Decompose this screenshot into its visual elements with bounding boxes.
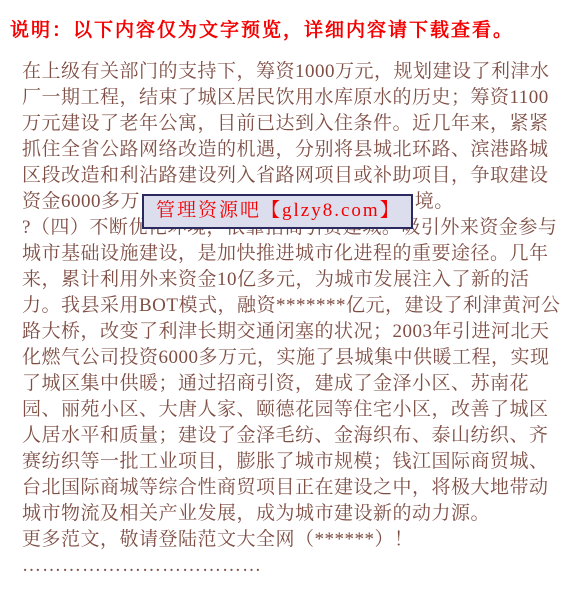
text-line-with-watermark: 资金6000多万管理资源吧【glzy8.com】境。 xyxy=(22,189,570,215)
text-line: 赛纺织等一批工业项目，膨胀了城市规模；钱江国际商贸城、 xyxy=(22,449,570,475)
text-line: 抓住全省公路网络改造的机遇，分别将县城北环路、滨港路城 xyxy=(22,137,570,163)
watermark-box[interactable]: 管理资源吧【glzy8.com】 xyxy=(142,194,413,229)
footer-note-line: 更多范文，敬请登陆范文大全网（******）！ xyxy=(22,527,570,553)
text-line: 园、丽苑小区、大唐人家、颐德花园等住宅小区，改善了城区 xyxy=(22,397,570,423)
preview-notice: 说明：以下内容仅为文字预览，详细内容请下载查看。 xyxy=(10,15,570,42)
text-line: 人居水平和质量；建设了金泽毛纺、金海织布、泰山纺织、齐 xyxy=(22,423,570,449)
text-line: 区段改造和利沾路建设列入省路网项目或补助项目，争取建设 xyxy=(22,163,570,189)
text-line: 来，累计利用外来资金10亿多元，为城市发展注入了新的活 xyxy=(22,267,570,293)
document-preview-page: 说明：以下内容仅为文字预览，详细内容请下载查看。 在上级有关部门的支持下，筹资1… xyxy=(0,15,578,579)
text-fragment-before-watermark: 资金6000多万 xyxy=(22,191,140,212)
text-line: 厂一期工程，结束了城区居民饮用水库原水的历史；筹资1100 xyxy=(22,85,570,111)
watermark-site-label: 管理资源吧【glzy8.com】 xyxy=(156,200,401,221)
text-line: 在上级有关部门的支持下，筹资1000万元，规划建设了利津水 xyxy=(22,59,570,85)
text-line: 城市物流及相关产业发展，成为城市建设新的动力源。 xyxy=(22,501,570,527)
text-line: 万元建设了老年公寓，目前已达到入住条件。近几年来，紧紧 xyxy=(22,111,570,137)
text-line: 化燃气公司投资6000多万元，实施了县城集中供暖工程，实现 xyxy=(22,345,570,371)
text-line: 台北国际商城等综合性商贸项目正在建设之中，将极大地带动 xyxy=(22,475,570,501)
text-line: 城市基础设施建设，是加快推进城市化进程的重要途径。几年 xyxy=(22,241,570,267)
text-line: 力。我县采用BOT模式，融资*******亿元，建设了利津黄河公 xyxy=(22,293,570,319)
text-line: 了城区集中供暖；通过招商引资，建成了金泽小区、苏南花 xyxy=(22,371,570,397)
document-body: 在上级有关部门的支持下，筹资1000万元，规划建设了利津水 厂一期工程，结束了城… xyxy=(22,59,570,579)
ellipsis-line: ……………………………… xyxy=(22,553,570,579)
text-line: 路大桥，改变了利津长期交通闭塞的状况；2003年引进河北天 xyxy=(22,319,570,345)
text-fragment-after-watermark: 境。 xyxy=(415,191,454,212)
